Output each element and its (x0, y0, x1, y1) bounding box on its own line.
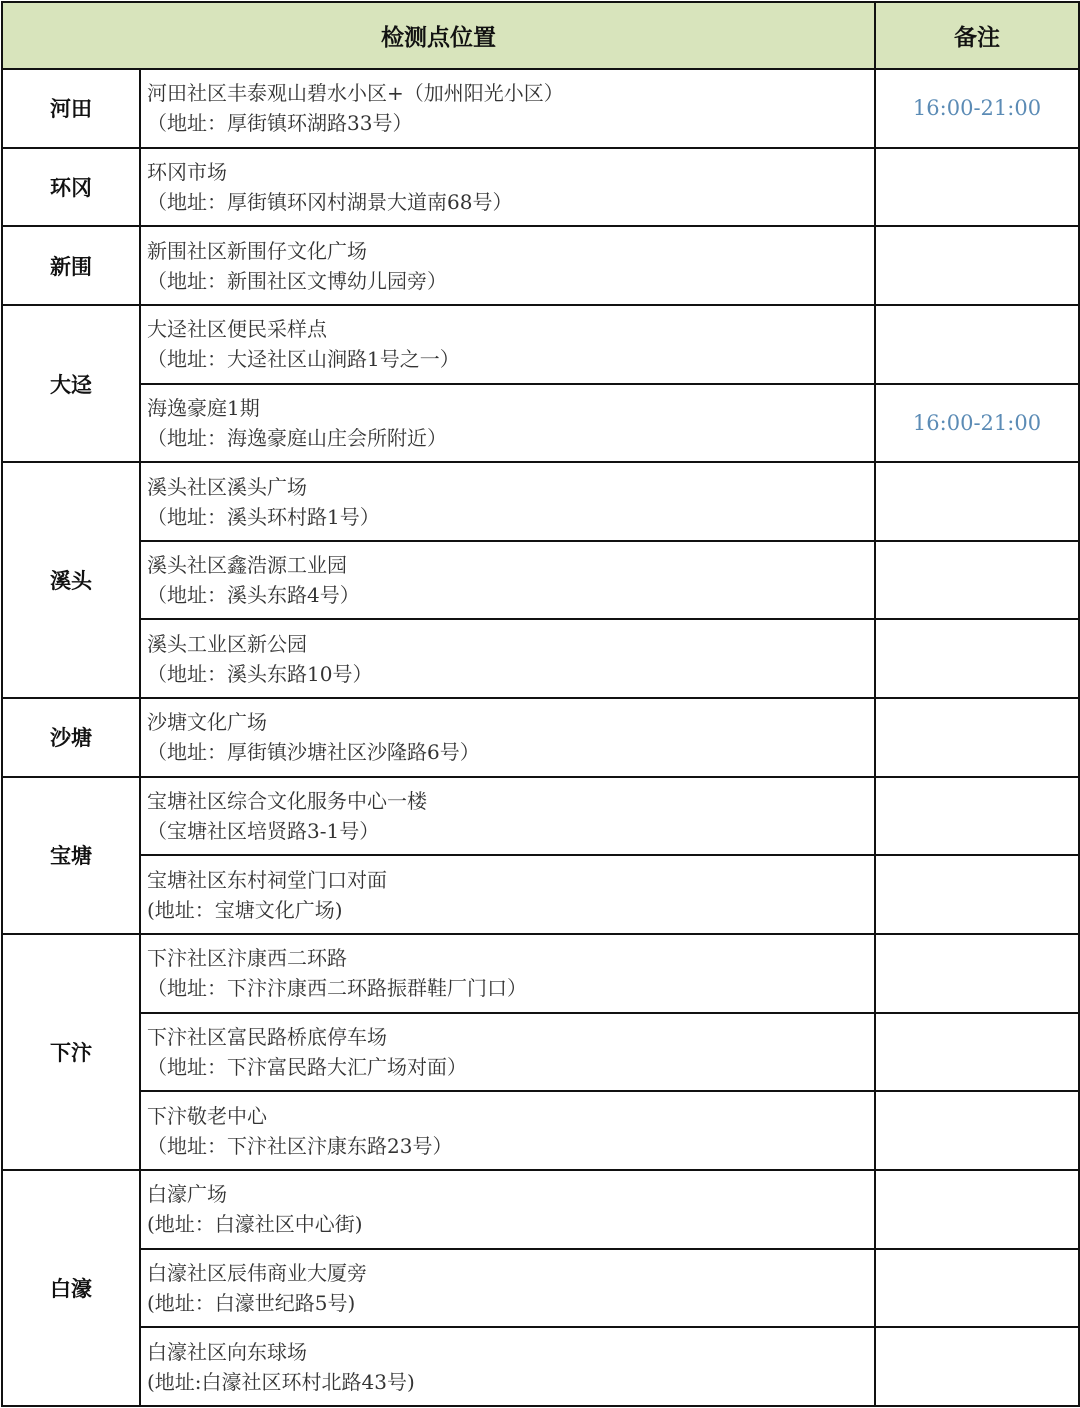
note-cell (875, 698, 1079, 777)
note-cell (875, 1249, 1079, 1328)
site-address: （地址：溪头环村路1号） (147, 502, 874, 532)
site-cell: 下汴社区富民路桥底停车场（地址：下汴富民路大汇广场对面） (140, 1013, 875, 1092)
district-cell: 宝塘 (2, 777, 140, 934)
table-row: 溪头社区鑫浩源工业园（地址：溪头东路4号） (2, 541, 1079, 620)
site-cell: 下汴敬老中心（地址：下汴社区汴康东路23号） (140, 1091, 875, 1170)
note-cell (875, 226, 1079, 305)
table-row: 宝塘社区东村祠堂门口对面(地址：宝塘文化广场) (2, 855, 1079, 934)
site-cell: 宝塘社区综合文化服务中心一楼（宝塘社区培贤路3-1号） (140, 777, 875, 856)
note-cell (875, 1170, 1079, 1249)
site-address: （地址：大迳社区山涧路1号之一） (147, 344, 874, 374)
note-cell (875, 934, 1079, 1013)
district-cell: 下汴 (2, 934, 140, 1170)
site-cell: 大迳社区便民采样点（地址：大迳社区山涧路1号之一） (140, 305, 875, 384)
note-cell (875, 1013, 1079, 1092)
site-cell: 白濠广场(地址：白濠社区中心街) (140, 1170, 875, 1249)
site-name: 海逸豪庭1期 (147, 396, 260, 420)
site-name: 沙塘文化广场 (147, 710, 267, 734)
district-cell: 溪头 (2, 462, 140, 698)
site-name: 下汴社区汴康西二环路 (147, 946, 347, 970)
site-address: （宝塘社区培贤路3-1号） (147, 816, 874, 846)
site-cell: 宝塘社区东村祠堂门口对面(地址：宝塘文化广场) (140, 855, 875, 934)
testing-sites-table: 检测点位置 备注 河田 河田社区丰泰观山碧水小区+（加州阳光小区）（地址：厚街镇… (1, 1, 1080, 1407)
note-cell (875, 619, 1079, 698)
site-address: （地址：海逸豪庭山庄会所附近） (147, 423, 874, 453)
table-row: 河田 河田社区丰泰观山碧水小区+（加州阳光小区）（地址：厚街镇环湖路33号） 1… (2, 69, 1079, 148)
table-row: 溪头工业区新公园（地址：溪头东路10号） (2, 619, 1079, 698)
table-row: 白濠社区辰伟商业大厦旁(地址：白濠世纪路5号) (2, 1249, 1079, 1328)
site-cell: 白濠社区向东球场(地址:白濠社区环村北路43号) (140, 1327, 875, 1406)
district-cell: 白濠 (2, 1170, 140, 1406)
table-row: 沙塘 沙塘文化广场（地址：厚街镇沙塘社区沙隆路6号） (2, 698, 1079, 777)
note-cell (875, 1091, 1079, 1170)
header-row: 检测点位置 备注 (2, 2, 1079, 69)
site-name: 下汴社区富民路桥底停车场 (147, 1025, 387, 1049)
site-name: 溪头工业区新公园 (147, 632, 307, 656)
site-address: （地址：下汴富民路大汇广场对面） (147, 1052, 874, 1082)
table-row: 大迳 大迳社区便民采样点（地址：大迳社区山涧路1号之一） (2, 305, 1079, 384)
site-address: （地址：下汴汴康西二环路振群鞋厂门口） (147, 973, 874, 1003)
note-cell (875, 777, 1079, 856)
district-cell: 新围 (2, 226, 140, 305)
table-row: 溪头 溪头社区溪头广场（地址：溪头环村路1号） (2, 462, 1079, 541)
site-cell: 环冈市场（地址：厚街镇环冈村湖景大道南68号） (140, 148, 875, 227)
site-address: （地址：厚街镇环冈村湖景大道南68号） (147, 187, 874, 217)
site-name: 白濠广场 (147, 1182, 227, 1206)
note-cell (875, 148, 1079, 227)
table-row: 宝塘 宝塘社区综合文化服务中心一楼（宝塘社区培贤路3-1号） (2, 777, 1079, 856)
site-cell: 溪头社区鑫浩源工业园（地址：溪头东路4号） (140, 541, 875, 620)
district-cell: 环冈 (2, 148, 140, 227)
site-address: (地址：白濠世纪路5号) (147, 1288, 874, 1318)
note-cell (875, 855, 1079, 934)
note-cell: 16:00-21:00 (875, 384, 1079, 463)
site-name: 河田社区丰泰观山碧水小区+（加州阳光小区） (147, 81, 564, 105)
district-cell: 沙塘 (2, 698, 140, 777)
district-cell: 大迳 (2, 305, 140, 462)
table-row: 下汴敬老中心（地址：下汴社区汴康东路23号） (2, 1091, 1079, 1170)
table-row: 环冈 环冈市场（地址：厚街镇环冈村湖景大道南68号） (2, 148, 1079, 227)
site-address: （地址：厚街镇环湖路33号） (147, 108, 874, 138)
site-name: 白濠社区辰伟商业大厦旁 (147, 1261, 367, 1285)
site-name: 溪头社区溪头广场 (147, 475, 307, 499)
site-name: 环冈市场 (147, 160, 227, 184)
site-address: (地址：宝塘文化广场) (147, 895, 874, 925)
table-row: 下汴 下汴社区汴康西二环路（地址：下汴汴康西二环路振群鞋厂门口） (2, 934, 1079, 1013)
site-name: 宝塘社区东村祠堂门口对面 (147, 868, 387, 892)
site-cell: 白濠社区辰伟商业大厦旁(地址：白濠世纪路5号) (140, 1249, 875, 1328)
site-name: 新围社区新围仔文化广场 (147, 239, 367, 263)
site-cell: 河田社区丰泰观山碧水小区+（加州阳光小区）（地址：厚街镇环湖路33号） (140, 69, 875, 148)
site-name: 白濠社区向东球场 (147, 1340, 307, 1364)
site-name: 溪头社区鑫浩源工业园 (147, 553, 347, 577)
table-row: 白濠社区向东球场(地址:白濠社区环村北路43号) (2, 1327, 1079, 1406)
note-cell (875, 462, 1079, 541)
site-address: (地址：白濠社区中心街) (147, 1209, 874, 1239)
header-location: 检测点位置 (2, 2, 875, 69)
testing-sites-table-sheet: 检测点位置 备注 河田 河田社区丰泰观山碧水小区+（加州阳光小区）（地址：厚街镇… (0, 0, 1080, 1408)
note-cell (875, 541, 1079, 620)
note-cell (875, 1327, 1079, 1406)
site-cell: 新围社区新围仔文化广场（地址：新围社区文博幼儿园旁） (140, 226, 875, 305)
note-cell (875, 305, 1079, 384)
table-row: 海逸豪庭1期（地址：海逸豪庭山庄会所附近） 16:00-21:00 (2, 384, 1079, 463)
table-row: 下汴社区富民路桥底停车场（地址：下汴富民路大汇广场对面） (2, 1013, 1079, 1092)
site-address: （地址：新围社区文博幼儿园旁） (147, 266, 874, 296)
site-cell: 溪头社区溪头广场（地址：溪头环村路1号） (140, 462, 875, 541)
table-row: 新围 新围社区新围仔文化广场（地址：新围社区文博幼儿园旁） (2, 226, 1079, 305)
note-cell: 16:00-21:00 (875, 69, 1079, 148)
site-address: （地址：溪头东路4号） (147, 580, 874, 610)
site-cell: 下汴社区汴康西二环路（地址：下汴汴康西二环路振群鞋厂门口） (140, 934, 875, 1013)
site-cell: 沙塘文化广场（地址：厚街镇沙塘社区沙隆路6号） (140, 698, 875, 777)
site-address: （地址：下汴社区汴康东路23号） (147, 1131, 874, 1161)
site-name: 宝塘社区综合文化服务中心一楼 (147, 789, 427, 813)
site-address: （地址：溪头东路10号） (147, 659, 874, 689)
header-note: 备注 (875, 2, 1079, 69)
site-cell: 溪头工业区新公园（地址：溪头东路10号） (140, 619, 875, 698)
table-row: 白濠 白濠广场(地址：白濠社区中心街) (2, 1170, 1079, 1249)
site-cell: 海逸豪庭1期（地址：海逸豪庭山庄会所附近） (140, 384, 875, 463)
site-address: （地址：厚街镇沙塘社区沙隆路6号） (147, 737, 874, 767)
district-cell: 河田 (2, 69, 140, 148)
site-name: 大迳社区便民采样点 (147, 317, 327, 341)
site-address: (地址:白濠社区环村北路43号) (147, 1367, 874, 1397)
site-name: 下汴敬老中心 (147, 1104, 267, 1128)
